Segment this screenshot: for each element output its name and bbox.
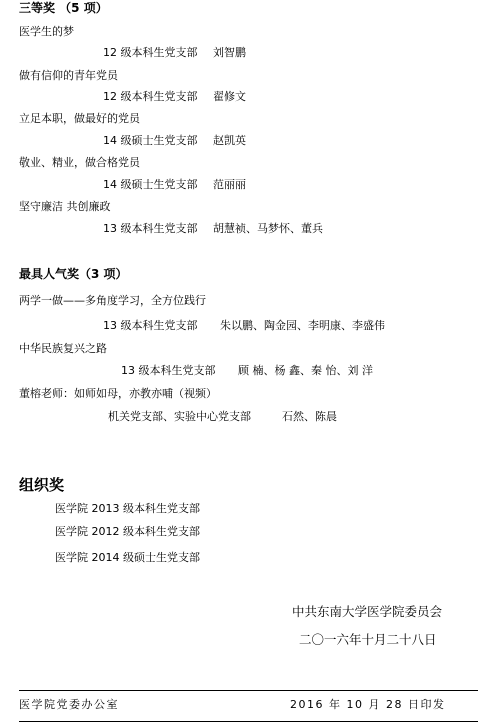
entry-names: 范丽丽 — [213, 179, 246, 190]
entry-title: 坚守廉洁 共创廉政 — [19, 201, 111, 212]
footer-bottom-rule — [19, 721, 478, 722]
footer-issuer: 医学院党委办公室 — [19, 699, 119, 710]
org-list-item: 医学院 2012 级本科生党支部 — [55, 526, 200, 537]
entry-credit: 14 级硕士生党支部 赵凯英 — [103, 135, 403, 146]
entry-credit: 14 级硕士生党支部 范丽丽 — [103, 179, 403, 190]
entry-names: 刘智鹏 — [213, 47, 246, 58]
entry-credit: 机关党支部、实验中心党支部 石然、陈晨 — [108, 411, 408, 422]
entry-branch: 12 级本科生党支部 — [103, 90, 198, 103]
section-heading-organization-prize: 组织奖 — [19, 478, 64, 493]
entry-branch: 12 级本科生党支部 — [103, 46, 198, 59]
signature-date: 二〇一六年十月二十八日 — [299, 634, 437, 647]
entry-credit: 13 级本科生党支部 胡慧祯、马梦怀、董兵 — [103, 223, 403, 234]
signature-organization: 中共东南大学医学院委员会 — [292, 606, 442, 619]
entry-branch: 机关党支部、实验中心党支部 — [108, 410, 251, 423]
entry-names: 顾 楠、杨 鑫、秦 怡、刘 洋 — [238, 365, 373, 376]
entry-title: 两学一做——多角度学习，全方位践行 — [19, 295, 206, 306]
entry-branch: 13 级本科生党支部 — [121, 364, 216, 377]
entry-title: 董榕老师：如师如母，亦教亦哺（视频） — [19, 388, 217, 399]
entry-branch: 14 级硕士生党支部 — [103, 134, 198, 147]
entry-branch: 14 级硕士生党支部 — [103, 178, 198, 191]
footer-print-date: 2016 年 10 月 28 日印发 — [290, 699, 445, 710]
entry-branch: 13 级本科生党支部 — [103, 319, 198, 332]
section-heading-third-prize: 三等奖 （5 项） — [19, 2, 108, 14]
entry-names: 胡慧祯、马梦怀、董兵 — [213, 223, 323, 234]
entry-title: 立足本职，做最好的党员 — [19, 113, 140, 124]
entry-title: 医学生的梦 — [19, 26, 74, 37]
entry-names: 朱以鹏、陶金园、李明康、李盛伟 — [220, 320, 385, 331]
org-list-item: 医学院 2014 级硕士生党支部 — [55, 552, 200, 563]
entry-names: 赵凯英 — [213, 135, 246, 146]
entry-credit: 12 级本科生党支部 翟修文 — [103, 91, 403, 102]
entry-title: 中华民族复兴之路 — [19, 343, 107, 354]
footer-top-rule — [19, 690, 478, 691]
entry-credit: 13 级本科生党支部 朱以鹏、陶金园、李明康、李盛伟 — [103, 320, 423, 331]
org-list-item: 医学院 2013 级本科生党支部 — [55, 503, 200, 514]
entry-credit: 13 级本科生党支部 顾 楠、杨 鑫、秦 怡、刘 洋 — [121, 365, 421, 376]
entry-title: 敬业、精业，做合格党员 — [19, 157, 140, 168]
entry-credit: 12 级本科生党支部 刘智鹏 — [103, 47, 403, 58]
entry-title: 做有信仰的青年党员 — [19, 70, 118, 81]
section-heading-popular-prize: 最具人气奖（3 项） — [19, 268, 128, 280]
entry-branch: 13 级本科生党支部 — [103, 222, 198, 235]
entry-names: 石然、陈晨 — [282, 411, 337, 422]
entry-names: 翟修文 — [213, 91, 246, 102]
